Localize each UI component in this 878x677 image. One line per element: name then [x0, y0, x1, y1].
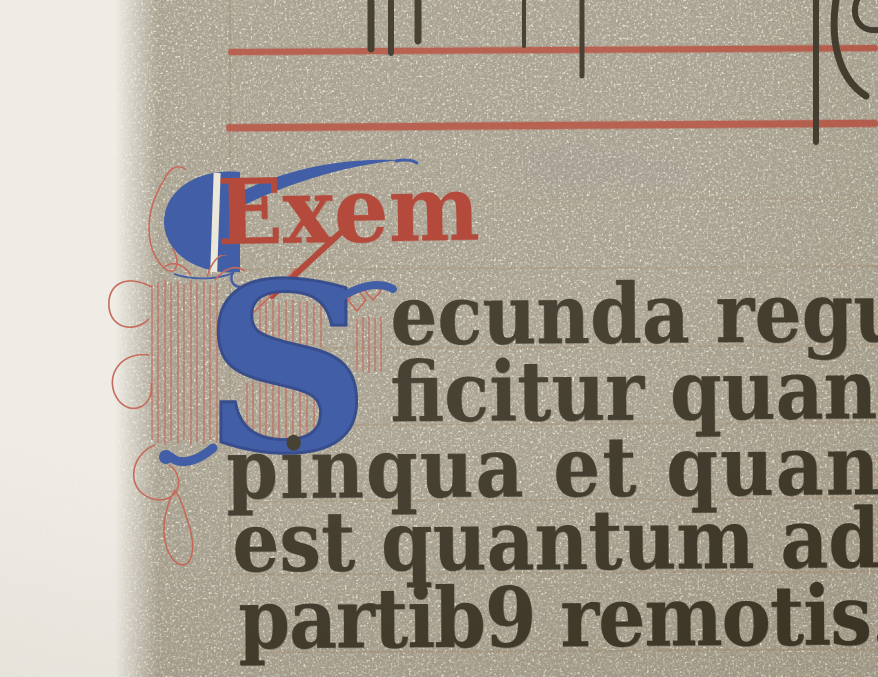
- cropped-descender-strokes: [371, 0, 877, 142]
- manuscript-page-photo: Exem S ecunda regula g ficitur quantum p…: [0, 0, 878, 677]
- initial-tail-blob: [159, 450, 173, 464]
- text-line: partib9 remotis.uel e: [238, 567, 878, 669]
- rubric-word: Exem: [216, 155, 480, 266]
